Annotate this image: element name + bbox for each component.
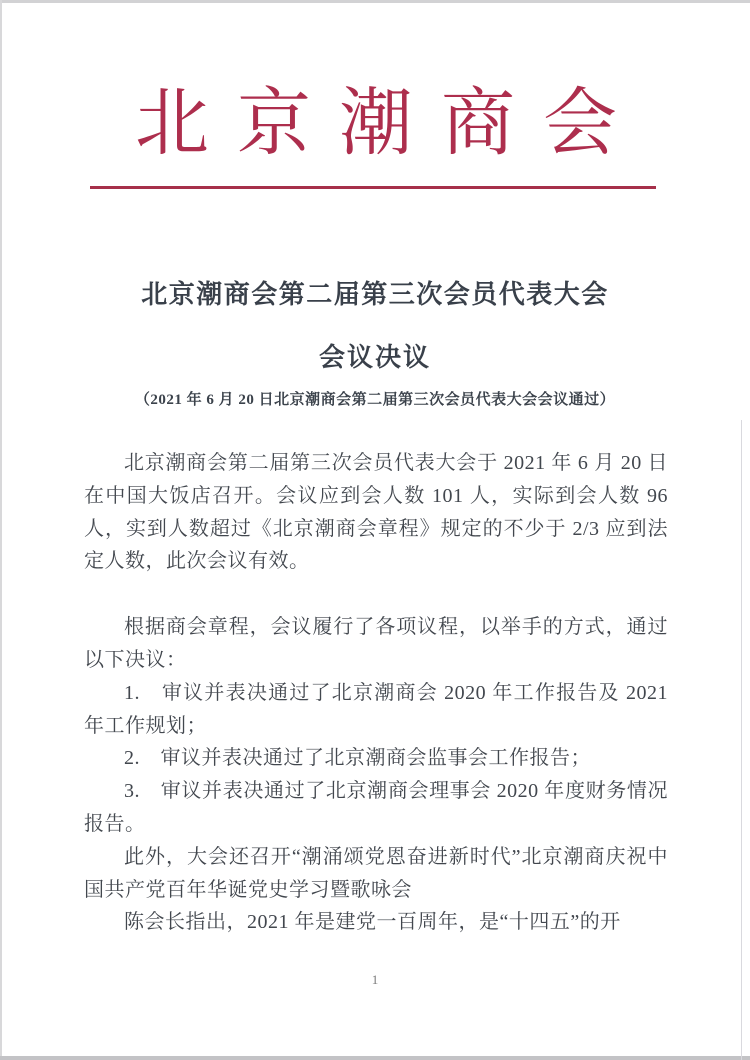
body-paragraph-opening: 北京潮商会第二届第三次会员代表大会于 2021 年 6 月 20 日在中国大饭店… (84, 447, 668, 578)
body-paragraph-resolutions-intro: 根据商会章程，会议履行了各项议程，以举手的方式，通过以下决议： (84, 611, 668, 677)
scan-edge-right (741, 420, 742, 1060)
scan-edge-top (0, 0, 750, 3)
body-paragraph-resolution-2: 2. 审议并表决通过了北京潮商会监事会工作报告； (84, 742, 668, 775)
document-body: 北京潮商会第二届第三次会员代表大会于 2021 年 6 月 20 日在中国大饭店… (84, 447, 668, 939)
body-paragraph-resolution-1: 1. 审议并表决通过了北京潮商会 2020 年工作报告及 2021 年工作规划； (84, 677, 668, 743)
letterhead-divider-line (90, 186, 656, 189)
document-title-line2: 会议决议 (0, 337, 750, 374)
letterhead-org-name: 北京潮商会 (0, 78, 750, 170)
body-paragraph-celebration: 此外，大会还召开“潮涌颂党恩奋进新时代”北京潮商庆祝中国共产党百年华诞党史学习暨… (84, 841, 668, 907)
approval-note: （2021 年 6 月 20 日北京潮商会第二届第三次会员代表大会会议通过） (0, 388, 750, 409)
scan-edge-bottom (0, 1056, 750, 1060)
page-number: 1 (0, 972, 750, 988)
body-paragraph-resolution-3: 3. 审议并表决通过了北京潮商会理事会 2020 年度财务情况报告。 (84, 775, 668, 841)
scanned-document-page: 北京潮商会 北京潮商会第二届第三次会员代表大会 会议决议 （2021 年 6 月… (0, 0, 750, 1060)
body-paragraph-chairman-remarks: 陈会长指出，2021 年是建党一百周年，是“十四五”的开 (84, 906, 668, 939)
document-title-line1: 北京潮商会第二届第三次会员代表大会 (0, 274, 750, 311)
